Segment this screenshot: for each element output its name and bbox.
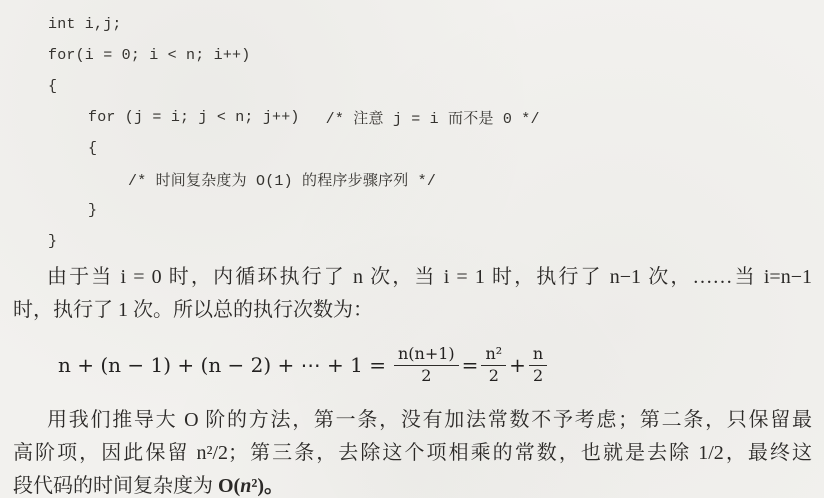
fraction-n-over-2: n 2	[529, 345, 547, 386]
code-line-outer-for: for(i = 0; i < n; i++)	[48, 40, 824, 71]
code-text: for(i = 0; i < n; i++)	[48, 47, 250, 64]
equals-sign: =	[461, 353, 480, 377]
code-line-inner-for: for (j = i; j < n; j++)/* 注意 j = i 而不是 0…	[48, 102, 824, 133]
fraction-denominator: 2	[489, 366, 499, 386]
code-line-open-brace: {	[48, 71, 824, 102]
big-o-variable-n: n	[240, 475, 251, 497]
fraction-numerator: n	[529, 345, 547, 366]
inline-comment: /* 注意 j = i 而不是 0 */	[326, 107, 540, 128]
fraction-numerator: n²	[481, 345, 506, 366]
para1-line-2: 时，执行了 1 次。所以总的执行次数为：	[13, 294, 812, 327]
code-text: int i,j;	[48, 16, 122, 33]
scanned-book-page: int i,j; for(i = 0; i < n; i++) { for (j…	[0, 0, 824, 498]
para2-line-3: 段代码的时间复杂度为 O(n²)。	[13, 470, 812, 498]
fraction-n-squared-over-2: n² 2	[481, 345, 506, 386]
fraction-denominator: 2	[421, 366, 431, 386]
conclusion-text: 段代码的时间复杂度为	[13, 475, 218, 497]
code-line-body-comment: /* 时间复杂度为 O(1) 的程序步骤序列 */	[48, 164, 824, 195]
code-text: {	[48, 78, 57, 95]
code-text: for (j = i; j < n; j++)	[88, 109, 300, 126]
para1-line-1: 由于当 i = 0 时，内循环执行了 n 次，当 i = 1 时，执行了 n−1…	[13, 261, 812, 294]
code-text: /* 时间复杂度为 O(1) 的程序步骤序列 */	[128, 169, 436, 190]
code-block: int i,j; for(i = 0; i < n; i++) { for (j…	[48, 0, 824, 257]
paragraph-loop-explanation: 由于当 i = 0 时，内循环执行了 n 次，当 i = 1 时，执行了 n−1…	[13, 261, 812, 327]
code-text: }	[48, 233, 57, 250]
code-text: }	[88, 202, 97, 219]
big-o-open: O(	[218, 475, 240, 497]
fraction-numerator: n(n+1)	[394, 345, 459, 366]
plus-sign: +	[508, 353, 527, 377]
code-line-inner-open-brace: {	[48, 133, 824, 164]
fraction-denominator: 2	[533, 366, 543, 386]
summation-formula: n + (n − 1) + (n − 2) + ⋯ + 1 = n(n+1) 2…	[57, 339, 824, 391]
code-line-declaration: int i,j;	[48, 9, 824, 40]
code-line-close-brace: }	[48, 226, 824, 257]
big-o-close: ²)。	[251, 475, 284, 497]
code-line-inner-close-brace: }	[48, 195, 824, 226]
para2-line-1: 用我们推导大 O 阶的方法，第一条，没有加法常数不予考虑；第二条，只保留最	[13, 404, 812, 437]
paragraph-big-o-derivation: 用我们推导大 O 阶的方法，第一条，没有加法常数不予考虑；第二条，只保留最 高阶…	[13, 404, 812, 498]
fraction-n-times-n-plus-1-over-2: n(n+1) 2	[394, 345, 459, 386]
code-text: {	[88, 140, 97, 157]
para2-line-2: 高阶项，因此保留 n²/2；第三条，去除这个项相乘的常数，也就是去除 1/2，最…	[13, 437, 812, 470]
formula-left-side: n + (n − 1) + (n − 2) + ⋯ + 1 =	[57, 353, 392, 377]
